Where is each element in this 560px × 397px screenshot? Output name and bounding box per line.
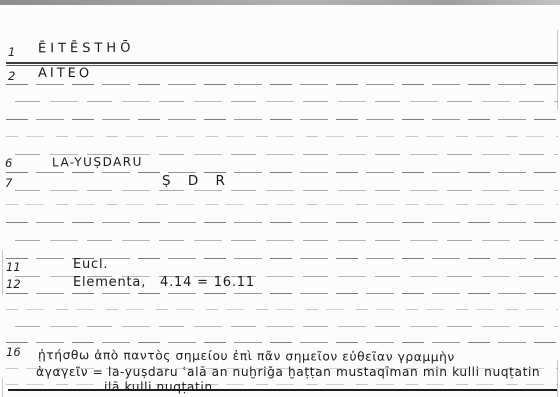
rule-line [6, 190, 558, 191]
margin-number-6: 6 [5, 156, 12, 170]
scan-edge-right-lower [557, 360, 558, 397]
margin-number-7: 7 [5, 176, 12, 190]
margin-number-12: 12 [6, 277, 21, 291]
rule-line [6, 172, 558, 173]
entry-7-arabic-root: Ṣ D R [162, 173, 227, 189]
scan-edge-right [557, 30, 558, 110]
rule-line [6, 222, 558, 223]
rule-line [6, 136, 558, 137]
scan-edge-top [0, 0, 560, 5]
bottom-rule [8, 389, 557, 391]
entry-2-lemma: AITEO [38, 66, 92, 81]
rule-line [6, 119, 558, 120]
rule-line [6, 326, 558, 327]
margin-number-16: 16 [6, 345, 21, 359]
rule-line [6, 384, 558, 385]
margin-number-2: 2 [8, 69, 15, 83]
scan-edge-left [2, 250, 3, 295]
entry-6-arabic-equivalent: LA-YUṢDARU [52, 155, 143, 170]
entry-16-greek-quotation: ᾐτήσθω ἀπὸ παντὸς σημείου ἐπὶ πᾶν σημεῖο… [38, 348, 455, 364]
entry-11-author: Eucl. [73, 257, 108, 272]
entry-1-headword-translit: ĒITĒSTHŌ [38, 41, 135, 57]
rule-line [6, 101, 558, 102]
lexicon-card: 1 ĒITĒSTHŌ 2 AITEO 6 LA-YUṢDARU 7 Ṣ D R … [0, 0, 560, 397]
rule-line [6, 309, 558, 310]
rule-line [6, 204, 558, 205]
margin-number-1: 1 [8, 45, 15, 59]
rule-line [6, 84, 558, 85]
rule-line [6, 293, 558, 294]
scan-edge-left-lower [2, 378, 3, 397]
rule-line [6, 240, 558, 241]
entry-16-arabic-translation-continued: ilā kulli nuqṭatin [104, 380, 213, 394]
entry-12-passage-reference: 4.14 = 16.11 [160, 275, 255, 290]
entry-16-arabic-translation: ἀγαγεῖν = la-yuṣdaru ʿalā an nuḫriǧa ḫaṭ… [36, 365, 540, 379]
rule-line [6, 342, 558, 343]
margin-number-11: 11 [6, 260, 21, 274]
entry-12-work-title: Elementa, [73, 275, 146, 290]
rule-line [6, 62, 558, 64]
